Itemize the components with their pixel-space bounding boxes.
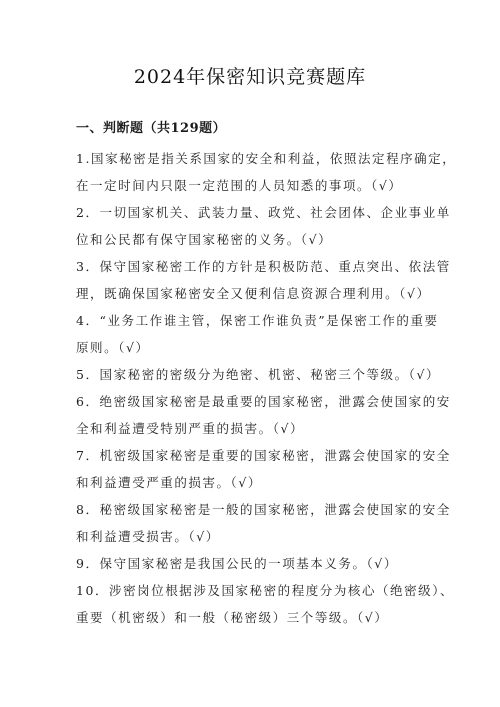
document-page: 2024年保密知识竞赛题库 一、判断题（共129题） 1.国家秘密是指关系国家的… (0, 0, 500, 707)
question-line: 原则。（√） (76, 334, 434, 361)
question-line: 在一定时间内只限一定范围的人员知悉的事项。（√） (76, 172, 434, 199)
question-line: 10．涉密岗位根据涉及国家秘密的程度分为核心（绝密级）、 (76, 577, 434, 604)
question-line: 4．“业务工作谁主管，保密工作谁负责”是保密工作的重要 (76, 307, 434, 334)
question-item-2: 2．一切国家机关、武装力量、政党、社会团体、企业事业单 位和公民都有保守国家秘密… (76, 199, 434, 253)
question-item-9: 9．保守国家秘密是我国公民的一项基本义务。（√） (76, 550, 434, 577)
section-heading: 一、判断题（共129题） (76, 120, 434, 138)
question-item-10: 10．涉密岗位根据涉及国家秘密的程度分为核心（绝密级）、 重要（机密级）和一般（… (76, 577, 434, 631)
question-line: 重要（机密级）和一般（秘密级）三个等级。（√） (76, 604, 434, 631)
question-item-6: 6．绝密级国家秘密是最重要的国家秘密，泄露会使国家的安 全和利益遭受特别严重的损… (76, 388, 434, 442)
question-line: 和利益遭受严重的损害。（√） (76, 469, 434, 496)
question-line: 9．保守国家秘密是我国公民的一项基本义务。（√） (76, 550, 434, 577)
question-item-8: 8．秘密级国家秘密是一般的国家秘密，泄露会使国家的安全 和利益遭受损害。（√） (76, 496, 434, 550)
question-line: 8．秘密级国家秘密是一般的国家秘密，泄露会使国家的安全 (76, 496, 434, 523)
question-item-1: 1.国家秘密是指关系国家的安全和利益，依照法定程序确定， 在一定时间内只限一定范… (76, 145, 434, 199)
question-line: 3．保守国家秘密工作的方针是积极防范、重点突出、依法管 (76, 253, 434, 280)
question-item-5: 5．国家秘密的密级分为绝密、机密、秘密三个等级。（√） (76, 361, 434, 388)
question-line: 和利益遭受损害。（√） (76, 523, 434, 550)
document-body: 一、判断题（共129题） 1.国家秘密是指关系国家的安全和利益，依照法定程序确定… (76, 120, 434, 631)
question-line: 7．机密级国家秘密是重要的国家秘密，泄露会使国家的安全 (76, 442, 434, 469)
document-title: 2024年保密知识竞赛题库 (0, 62, 500, 89)
question-item-3: 3．保守国家秘密工作的方针是积极防范、重点突出、依法管 理，既确保国家秘密安全又… (76, 253, 434, 307)
question-line: 2．一切国家机关、武装力量、政党、社会团体、企业事业单 (76, 199, 434, 226)
question-line: 理，既确保国家秘密安全又便利信息资源合理利用。（√） (76, 280, 434, 307)
question-item-4: 4．“业务工作谁主管，保密工作谁负责”是保密工作的重要 原则。（√） (76, 307, 434, 361)
question-line: 5．国家秘密的密级分为绝密、机密、秘密三个等级。（√） (76, 361, 434, 388)
question-line: 位和公民都有保守国家秘密的义务。（√） (76, 226, 434, 253)
question-line: 1.国家秘密是指关系国家的安全和利益，依照法定程序确定， (76, 145, 434, 172)
question-line: 6．绝密级国家秘密是最重要的国家秘密，泄露会使国家的安 (76, 388, 434, 415)
question-line: 全和利益遭受特别严重的损害。（√） (76, 415, 434, 442)
question-item-7: 7．机密级国家秘密是重要的国家秘密，泄露会使国家的安全 和利益遭受严重的损害。（… (76, 442, 434, 496)
